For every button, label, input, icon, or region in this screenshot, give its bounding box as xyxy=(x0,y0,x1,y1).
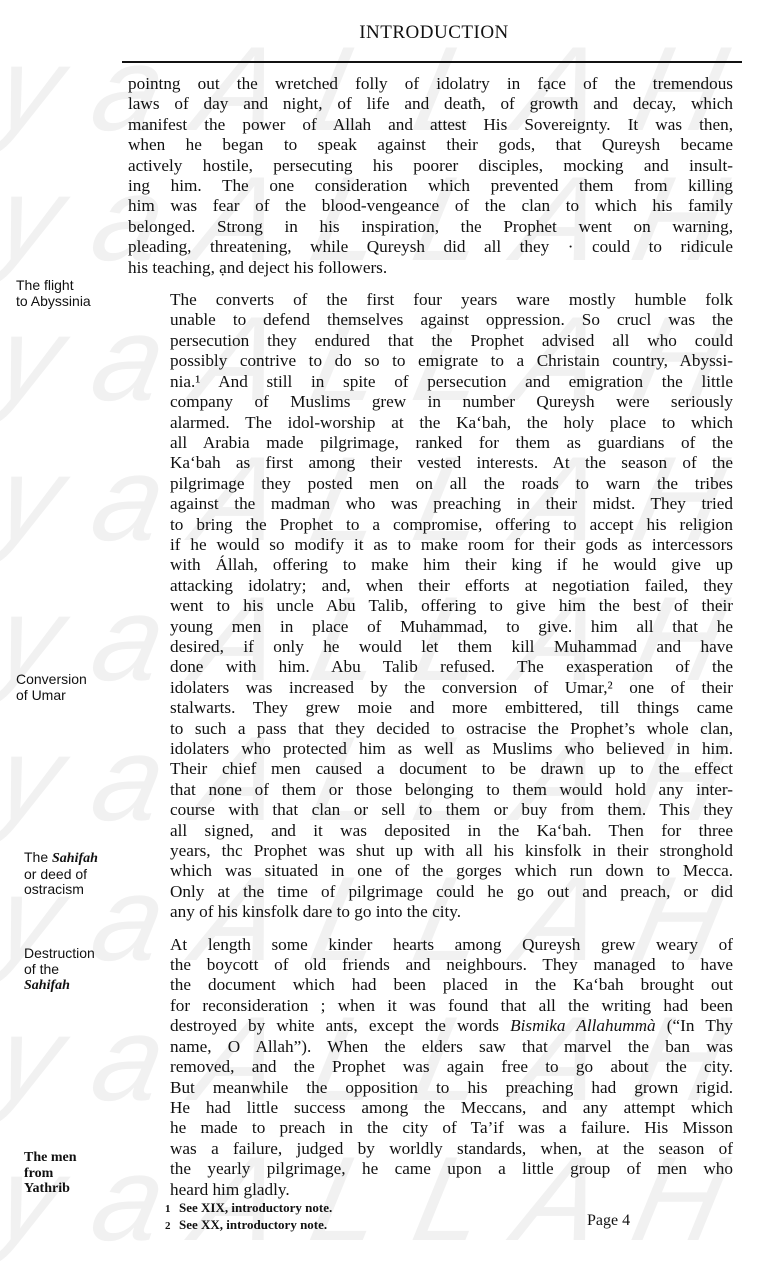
text-line: idolaters who protected him as well as M… xyxy=(128,739,733,759)
text-line: pointng out the wretched folly of idolat… xyxy=(128,74,733,94)
margin-note-sahifah: The Sahifah or deed of ostracism xyxy=(24,850,98,898)
text-line: attacking idolatry; and, when their effo… xyxy=(128,576,733,596)
text-line: name, O Allah”). When the elders saw tha… xyxy=(128,1037,733,1057)
text-line: Their chief men caused a document to be … xyxy=(128,759,733,779)
text-line: actively hostile, persecuting his poorer… xyxy=(128,156,733,176)
text-line: with Állah, offering to make him their k… xyxy=(128,555,733,575)
text-line: done with him. Abu Talib refused. The ex… xyxy=(128,657,733,677)
margin-note-destruction: Destruction of the Sahifah xyxy=(24,946,95,994)
paragraph: The converts of the first four years war… xyxy=(128,290,733,923)
text-line: unable to defend themselves against oppr… xyxy=(128,310,733,330)
text-line: At length some kinder hearts among Qurey… xyxy=(128,935,733,955)
footnote: 1See XIX, introductory note. xyxy=(165,1200,332,1217)
paragraph: pointng out the wretched folly of idolat… xyxy=(128,74,733,278)
text-line: company of Muslims grew in number Qureys… xyxy=(128,392,733,412)
text-line: young men in place of Muhammad, to give.… xyxy=(128,617,733,637)
text-line: stalwarts. They grew moie and more embit… xyxy=(128,698,733,718)
running-header: INTRODUCTION xyxy=(128,22,740,44)
text-line: alarmed. The idol-worship at the Ka‘bah,… xyxy=(128,413,733,433)
text-line: ing him. The one consideration which pre… xyxy=(128,176,733,196)
text-line: was a failure, judged by worldly standar… xyxy=(128,1139,733,1159)
paragraph: At length some kinder hearts among Qurey… xyxy=(128,935,733,1200)
text-line: laws of day and night, of life and deatħ… xyxy=(128,94,733,114)
header-rule xyxy=(122,61,742,63)
text-line: for reconsideration ; when it was found … xyxy=(128,996,733,1016)
text-line: He had little success among the Meccans,… xyxy=(128,1098,733,1118)
footnote: 2See XX, introductory note. xyxy=(165,1217,332,1234)
text-line: possibly contrive to do so to emigrate t… xyxy=(128,351,733,371)
text-line: him was fear of the blood-vengeance of t… xyxy=(128,196,733,216)
body-text: pointng out the wretched folly of idolat… xyxy=(128,74,733,1200)
text-line: his teaching, ạnd deject his followers. xyxy=(128,258,733,278)
text-line: the document which had been placed in th… xyxy=(128,975,733,995)
text-line: nia.¹ And still in spite of persecution … xyxy=(128,372,733,392)
text-line: all signed, and it was deposited in the … xyxy=(128,821,733,841)
text-line: to bring the Prophet to a compromise, of… xyxy=(128,515,733,535)
text-line: desired, if only he would let them kill … xyxy=(128,637,733,657)
text-line: all Arabia made pilgrimage, ranked for t… xyxy=(128,433,733,453)
footnotes: 1See XIX, introductory note. 2See XX, in… xyxy=(165,1200,332,1234)
text-line: Only at the time of pilgrimage could he … xyxy=(128,882,733,902)
margin-note-flight: The flight to Abyssinia xyxy=(16,278,91,309)
document-page: INTRODUCTION The flight to Abyssinia Con… xyxy=(0,0,784,1276)
text-line: years, thc Prophet was shut up with all … xyxy=(128,841,733,861)
margin-note-yathrib: The men from Yathrib xyxy=(24,1150,77,1197)
text-line: heard him gladly. xyxy=(128,1180,733,1200)
text-line: he made to preach in the city of Ta’if w… xyxy=(128,1118,733,1138)
text-line: But meanwhile the opposition to his prea… xyxy=(128,1078,733,1098)
text-line: Ka‘bah as first among their vested inter… xyxy=(128,453,733,473)
text-line: when he began to speak against their god… xyxy=(128,135,733,155)
text-line: idolaters was increased by the conversio… xyxy=(128,678,733,698)
page-number: Page 4 xyxy=(587,1212,630,1230)
margin-note-umar: Conversion of Umar xyxy=(16,672,87,703)
text-line: destroyed by white ants, except the word… xyxy=(128,1016,733,1036)
text-line: any of his kinsfolk dare to go into the … xyxy=(128,902,733,922)
text-line: pleading, threatening, while Qureysh did… xyxy=(128,237,733,257)
text-line: persecution they endured that the Prophe… xyxy=(128,331,733,351)
text-line: pilgrimage they posted men on all the ro… xyxy=(128,474,733,494)
text-line: belonged. Strong in his inspiration, the… xyxy=(128,217,733,237)
text-line: which was situated in one of the gorges … xyxy=(128,861,733,881)
text-line: went to his uncle Abu Talib, offering to… xyxy=(128,596,733,616)
text-line: course with that clan or sell to them or… xyxy=(128,800,733,820)
text-line: if he would so modify it as to make room… xyxy=(128,535,733,555)
text-line: that none of them or those belonging to … xyxy=(128,780,733,800)
text-line: against the madman who was preaching in … xyxy=(128,494,733,514)
text-line: The converts of the first four years war… xyxy=(128,290,733,310)
text-line: the yearly pilgrimage, he came upon a li… xyxy=(128,1159,733,1179)
text-line: manifest the power of Allah and attest H… xyxy=(128,115,733,135)
text-line: the boycott of old friends and neighbour… xyxy=(128,955,733,975)
text-line: to such a pass that they decided to ostr… xyxy=(128,719,733,739)
text-line: removed, and the Prophet was again free … xyxy=(128,1057,733,1077)
